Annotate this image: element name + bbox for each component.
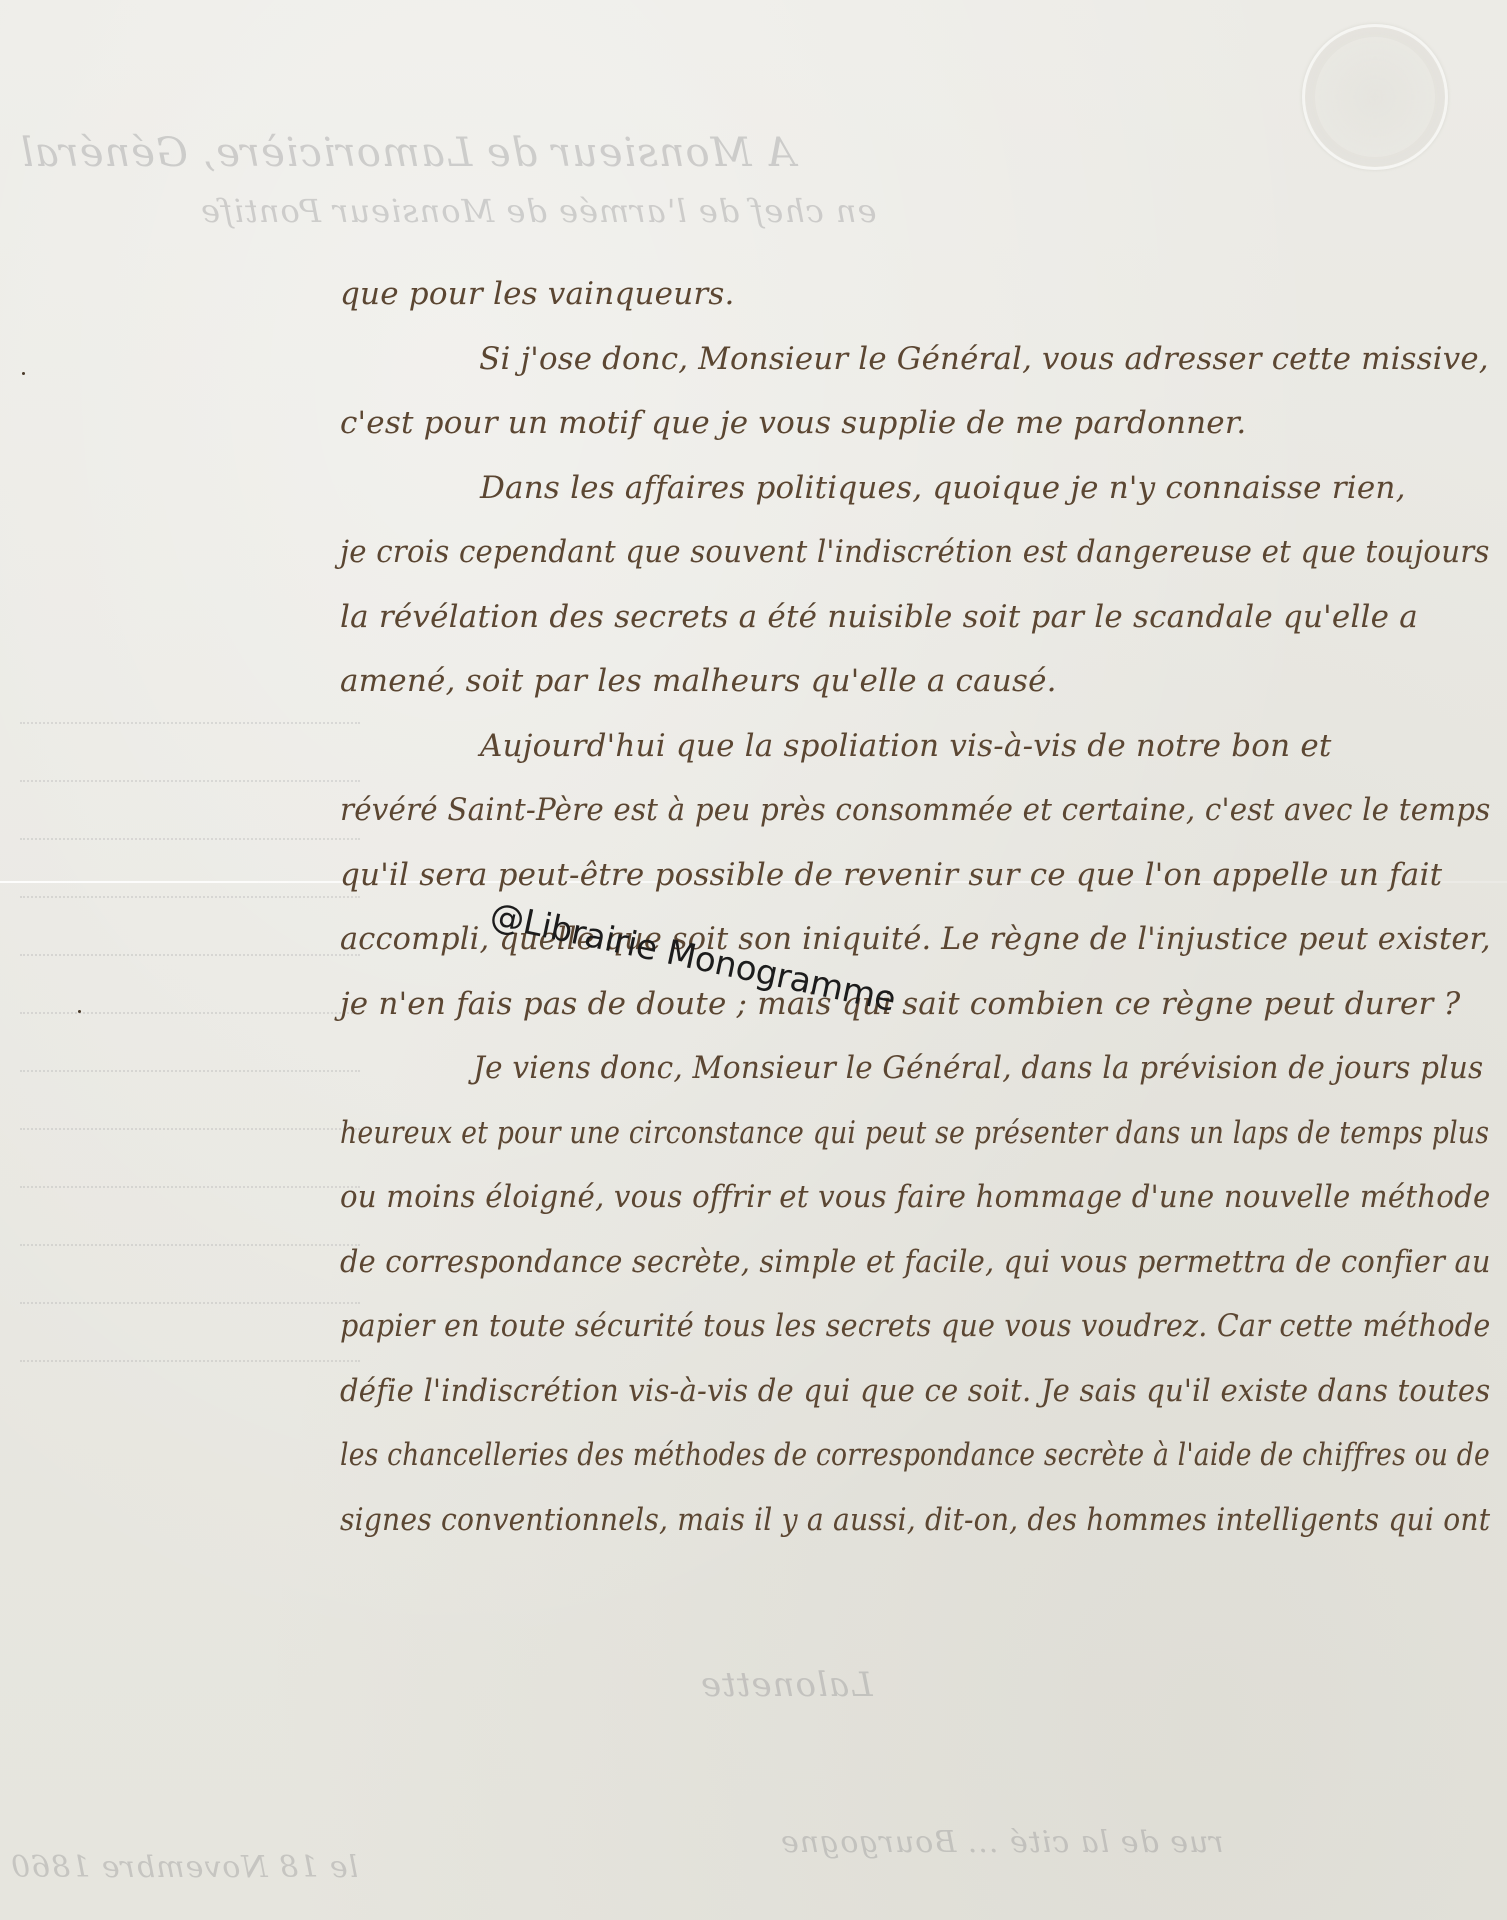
bleed-through-date: le 18 Novembre 1860 [10, 1850, 358, 1885]
bleed-through-address: rue de la cité ... Bourgogne [780, 1825, 1224, 1860]
letter-line: défie l'indiscrétion vis-à-vis de qui qu… [340, 1359, 1419, 1424]
letter-line: révéré Saint-Père est à peu près consomm… [340, 778, 1428, 843]
bleed-through-signature: Lalonette [700, 1665, 873, 1705]
letter-line: ou moins éloigné, vous offrir et vous fa… [340, 1165, 1424, 1230]
letter-line: heureux et pour une circonstance qui peu… [340, 1101, 1332, 1166]
bleed-through-header-line-2: en chef de l'armée de Monsieur Pontife [200, 192, 876, 230]
embossed-seal-icon [1302, 24, 1448, 170]
letter-line: papier en toute sécurité tous les secret… [340, 1294, 1403, 1359]
bleed-through-header-line-1: A Monsieur de Lamoricière, Général [20, 130, 795, 176]
letter-line: que pour les vainqueurs. [340, 262, 1490, 327]
letter-line: Si j'ose donc, Monsieur le Général, vous… [340, 327, 1483, 392]
letter-line: amené, soit par les malheurs qu'elle a c… [340, 649, 1490, 714]
letter-line: c'est pour un motif que je vous supplie … [340, 391, 1490, 456]
letter-line: Dans les affaires politiques, quoique je… [340, 456, 1490, 521]
ink-speck [22, 372, 25, 375]
ink-speck [78, 1010, 81, 1013]
letter-line: les chancelleries des méthodes de corres… [340, 1423, 1328, 1488]
letter-line: qu'il sera peut-être possible de revenir… [340, 843, 1490, 908]
letter-line: de correspondance secrète, simple et fac… [340, 1230, 1410, 1295]
letter-line: je crois cependant que souvent l'indiscr… [340, 520, 1424, 585]
letter-line: Je viens donc, Monsieur le Général, dans… [340, 1036, 1434, 1101]
letter-line: signes conventionnels, mais il y a aussi… [340, 1488, 1385, 1553]
letter-line: Aujourd'hui que la spoliation vis-à-vis … [340, 714, 1490, 779]
bleed-through-margin-text [20, 700, 360, 1440]
letter-line: la révélation des secrets a été nuisible… [340, 585, 1490, 650]
letter-line: je n'en fais pas de doute ; mais qui sai… [340, 972, 1490, 1037]
